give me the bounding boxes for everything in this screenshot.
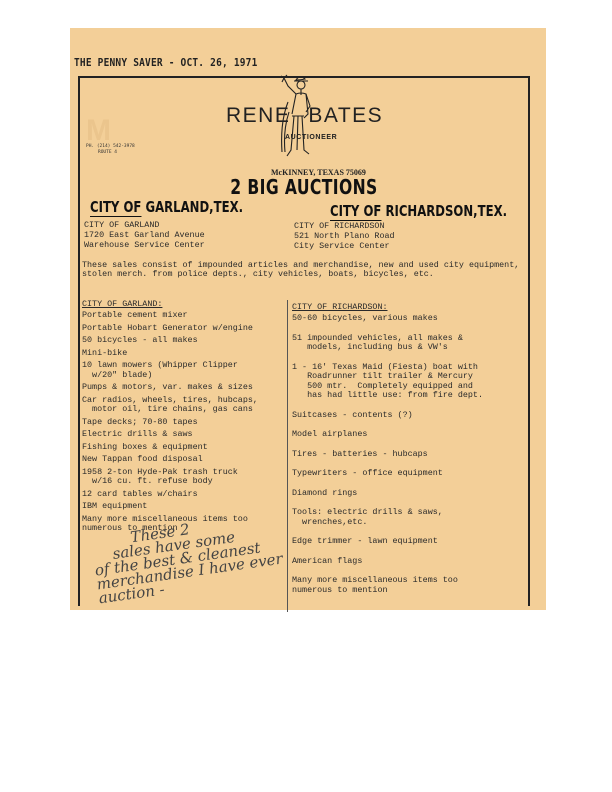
bleed-through-text: M <box>86 114 111 148</box>
auction-advertisement: M RENEBATES AUCTIONEER PH. (214) 542-397… <box>78 76 530 606</box>
richardson-heading-rest: RICHARDSON,TEX. <box>381 202 507 220</box>
list-item: Diamond rings <box>292 489 526 499</box>
garland-item-list: CITY OF GARLAND: Portable cement mixerPo… <box>82 299 287 537</box>
list-item: Many more miscellaneous items too numero… <box>292 576 526 595</box>
list-item: Tape decks; 70-80 tapes <box>82 418 287 428</box>
richardson-heading-underlined: CITY OF <box>330 202 381 221</box>
address-line: City Service Center <box>294 241 395 251</box>
list-item: IBM equipment <box>82 502 287 512</box>
richardson-item-list: CITY OF RICHARDSON: 50-60 bicycles, vari… <box>292 302 526 605</box>
list-item: 51 impounded vehicles, all makes & model… <box>292 334 526 353</box>
garland-heading: CITY OF GARLAND,TEX. <box>90 198 243 216</box>
address-line: 1720 East Garland Avenue <box>84 230 205 240</box>
list-item: Portable cement mixer <box>82 311 287 321</box>
address-line: CITY OF GARLAND <box>84 220 205 230</box>
list-item: 50-60 bicycles, various makes <box>292 314 526 324</box>
richardson-heading: CITY OF RICHARDSON,TEX. <box>330 202 507 220</box>
list-item: Model airplanes <box>292 430 526 440</box>
list-item: Fishing boxes & equipment <box>82 443 287 453</box>
garland-heading-rest: GARLAND,TEX. <box>141 198 243 216</box>
headline: 2 BIG AUCTIONS <box>129 175 478 199</box>
phone-info: PH. (214) 542-3978 ROUTE 4 <box>86 144 135 156</box>
address-line: CITY OF RICHARDSON <box>294 221 395 231</box>
brand-last-name: BATES <box>308 104 383 127</box>
address-line: Warehouse Service Center <box>84 240 205 250</box>
list-item: Typewriters - office equipment <box>292 469 526 479</box>
newspaper-masthead: THE PENNY SAVER - OCT. 26, 1971 <box>74 57 258 70</box>
list-item: Suitcases - contents (?) <box>292 411 526 421</box>
garland-address: CITY OF GARLAND 1720 East Garland Avenue… <box>84 220 205 250</box>
address-line: 521 North Plano Road <box>294 231 395 241</box>
brand-first-name: RENE <box>226 104 290 127</box>
list-item: 12 card tables w/chairs <box>82 490 287 500</box>
list-item: New Tappan food disposal <box>82 455 287 465</box>
garland-heading-underlined: CITY OF <box>90 198 141 217</box>
list-item: Pumps & motors, var. makes & sizes <box>82 383 287 393</box>
list-item: American flags <box>292 557 526 567</box>
list-heading: CITY OF RICHARDSON: <box>292 302 526 312</box>
auctioneer-subtitle: AUCTIONEER <box>285 134 337 141</box>
list-item: 1958 2-ton Hyde-Pak trash truck w/16 cu.… <box>82 468 287 487</box>
list-item: Electric drills & saws <box>82 430 287 440</box>
list-item: Tools: electric drills & saws, wrenches,… <box>292 508 526 527</box>
list-item: Car radios, wheels, tires, hubcaps, moto… <box>82 396 287 415</box>
list-item: Edge trimmer - lawn equipment <box>292 537 526 547</box>
list-item: Mini-bike <box>82 349 287 359</box>
list-item: Portable Hobart Generator w/engine <box>82 324 287 334</box>
intro-paragraph: These sales consist of impounded article… <box>82 261 530 279</box>
list-item: Tires - batteries - hubcaps <box>292 450 526 460</box>
list-heading: CITY OF GARLAND: <box>82 299 287 309</box>
list-item: 10 lawn mowers (Whipper Clipper w/20" bl… <box>82 361 287 380</box>
list-item: 1 - 16' Texas Maid (Fiesta) boat with Ro… <box>292 363 526 401</box>
auctioneer-name: RENEBATES <box>226 104 383 128</box>
route: ROUTE 4 <box>86 150 135 156</box>
list-item: 50 bicycles - all makes <box>82 336 287 346</box>
richardson-address: CITY OF RICHARDSON 521 North Plano Road … <box>294 221 395 251</box>
